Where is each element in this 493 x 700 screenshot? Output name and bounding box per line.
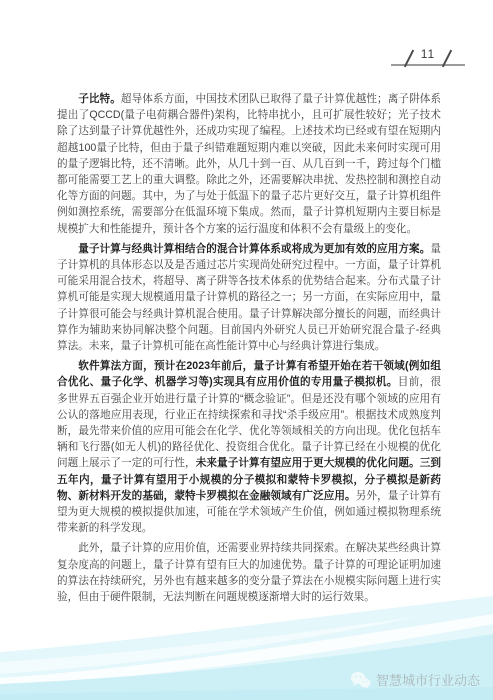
paragraph-3: 软件算法方面，预计在2023年前后，量子计算有希望开始在若干领域(例如组合优化、… (57, 358, 441, 536)
paragraph-2-text: 量子计算机的具体形态以及是否通过芯片实现尚处研究过程中。一方面，量子计算机可能采… (57, 243, 441, 352)
paragraph-1: 子比特。超导体系方面，中国技术团队已取得了量子计算优越性；离子阱体系提出了QCC… (57, 91, 441, 237)
paragraph-2: 量子计算与经典计算相结合的混合计算体系或将成为更加有效的应用方案。量子计算机的具… (57, 241, 441, 354)
paragraph-2-lead: 量子计算与经典计算相结合的混合计算体系或将成为更加有效的应用方案。 (78, 243, 430, 255)
page-number: 11 (391, 40, 465, 66)
paragraph-3-lead: 软件算法方面，预计在2023年前后，量子计算有希望开始在若干领域(例如组合优化、… (57, 360, 441, 388)
slash-icon (442, 50, 452, 68)
footer-account-name: 智慧城市行业动态 (376, 670, 480, 689)
wechat-icon (350, 671, 371, 689)
paragraph-1-lead: 子比特。 (78, 93, 121, 105)
slash-icon (404, 50, 414, 68)
document-page: 11 子比特。超导体系方面，中国技术团队已取得了量子计算优越性；离子阱体系提出了… (0, 0, 493, 700)
paragraph-3-text-a: 目前，很多世界五百强企业开始进行量子计算的“概念验证”。但是还没有哪个领域的应用… (57, 376, 441, 469)
paragraph-1-text: 超导体系方面，中国技术团队已取得了量子计算优越性；离子阱体系提出了QCCD(量子… (57, 93, 441, 235)
page-number-value: 11 (421, 48, 435, 64)
article-body: 子比特。超导体系方面，中国技术团队已取得了量子计算优越性；离子阱体系提出了QCC… (57, 91, 441, 605)
footer-watermark: 智慧城市行业动态 (350, 670, 480, 689)
